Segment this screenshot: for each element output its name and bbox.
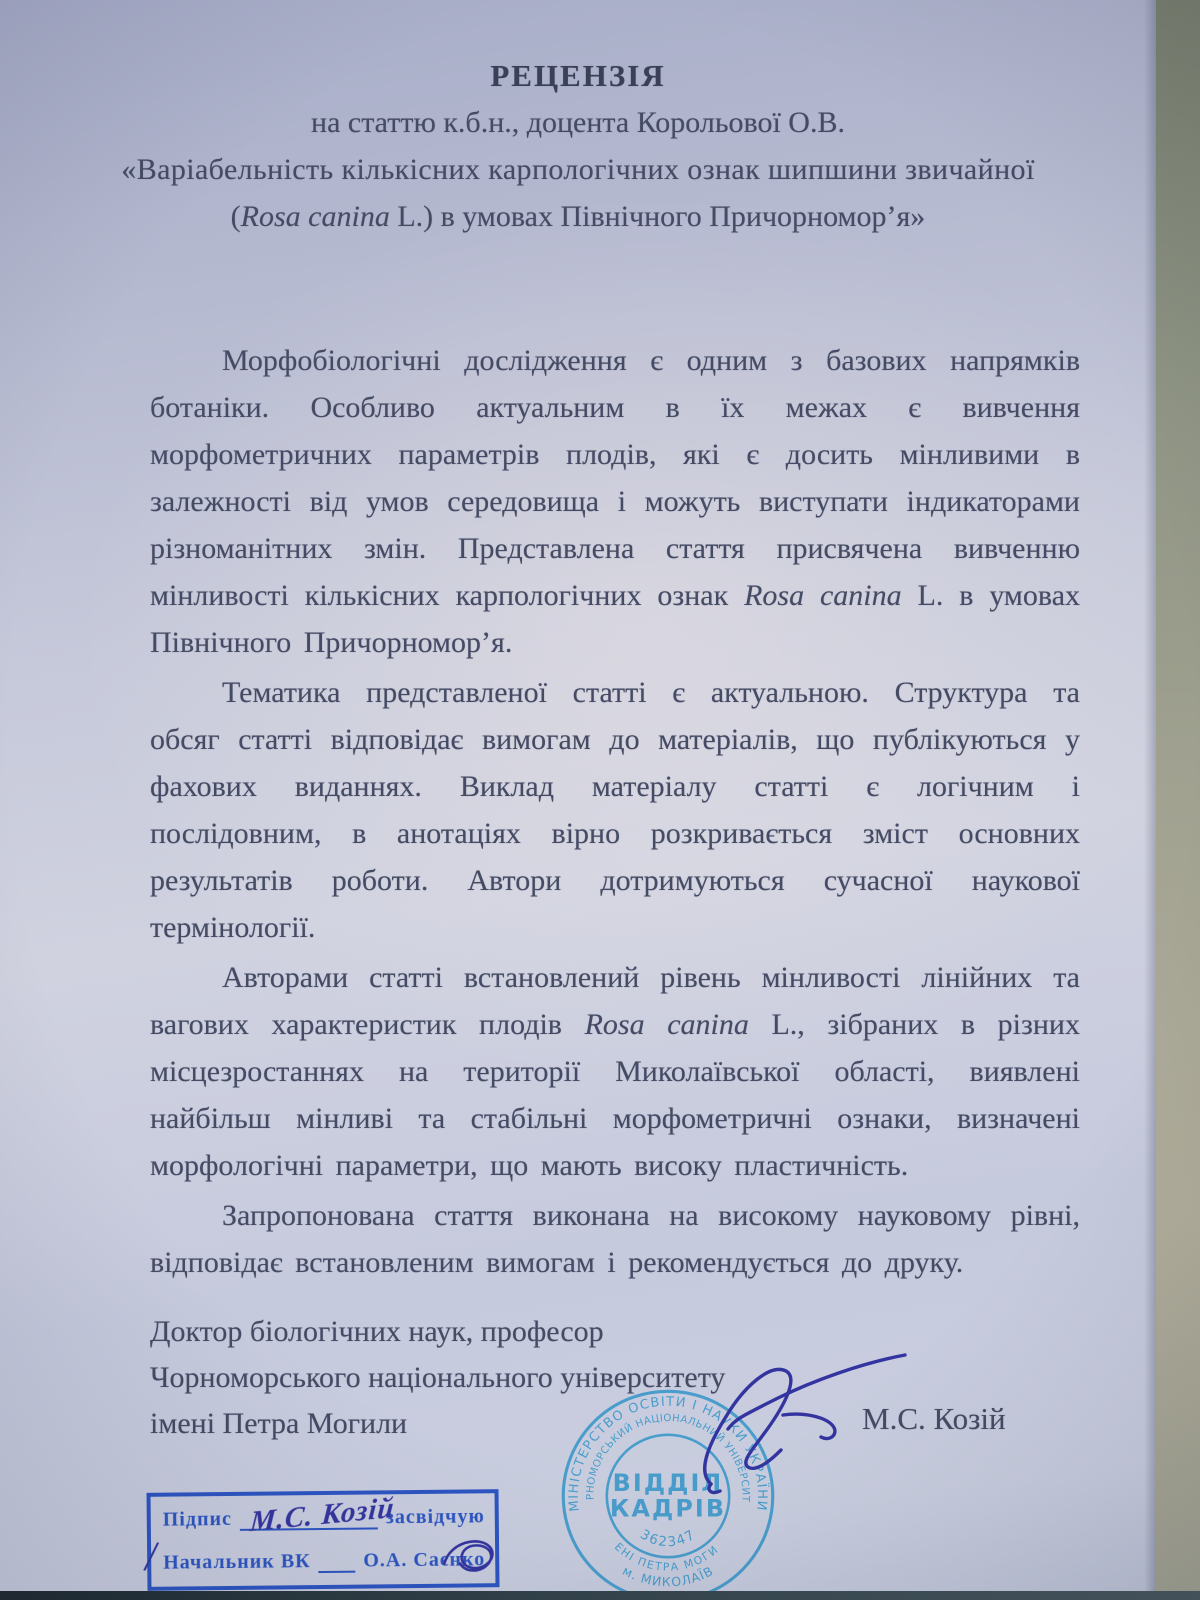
certify-signature-label: Підпис	[163, 1508, 232, 1532]
certification-stamp-box: / Підпис М.С. Козій засвідчую Начальник …	[146, 1489, 499, 1591]
handwritten-name: М.С. Козій	[249, 1492, 396, 1540]
certify-chief-label: Начальник ВК	[163, 1550, 311, 1575]
paragraph-intro: Морфобіологічні дослідження є одним з ба…	[150, 337, 1080, 666]
photographed-review-document: { "doc": { "title": "РЕЦЕНЗІЯ", "subtitl…	[0, 0, 1200, 1600]
paragraph-conclusion: Запропонована стаття виконана на високом…	[150, 1192, 1080, 1286]
certify-row-signature: Підпис М.С. Козій засвідчую	[163, 1502, 485, 1531]
certify-attest-label: засвідчую	[386, 1505, 485, 1529]
paragraph-relevance: Тематика представленої статті є актуальн…	[150, 669, 1080, 951]
paper-edge-shadow	[1144, 0, 1156, 1600]
reviewer-handwritten-signature	[580, 1295, 920, 1510]
paper-sheet: РЕЦЕНЗІЯ на статтю к.б.н., доцента Корол…	[0, 0, 1156, 1600]
handwritten-slash-mark: /	[142, 1530, 161, 1582]
subtitle-article-title-line2: (Rosa canina L.) в умовах Північного При…	[0, 200, 1156, 234]
signature-flick-stroke	[709, 1484, 720, 1492]
subtitle-author-line: на статтю к.б.н., доцента Корольової О.В…	[0, 106, 1156, 140]
document-title: РЕЦЕНЗІЯ	[0, 58, 1156, 94]
certify-chief-line	[318, 1547, 355, 1573]
review-body: Морфобіологічні дослідження є одним з ба…	[150, 337, 1080, 1289]
signature-hook-stroke	[783, 1414, 835, 1438]
chief-initials-scribble	[438, 1533, 504, 1578]
certify-signature-line: М.С. Козій	[240, 1503, 378, 1530]
certify-row-chief: Начальник ВК О.А. Саєнко	[163, 1545, 485, 1574]
signature-loop-stroke	[705, 1369, 791, 1484]
photo-bottom-edge	[0, 1591, 1200, 1600]
subtitle-article-title-line1: «Варіабельність кількісних карпологічних…	[0, 153, 1156, 187]
scribble-stroke	[444, 1541, 493, 1571]
paragraph-results: Авторами статті встановлений рівень мінл…	[150, 954, 1080, 1189]
